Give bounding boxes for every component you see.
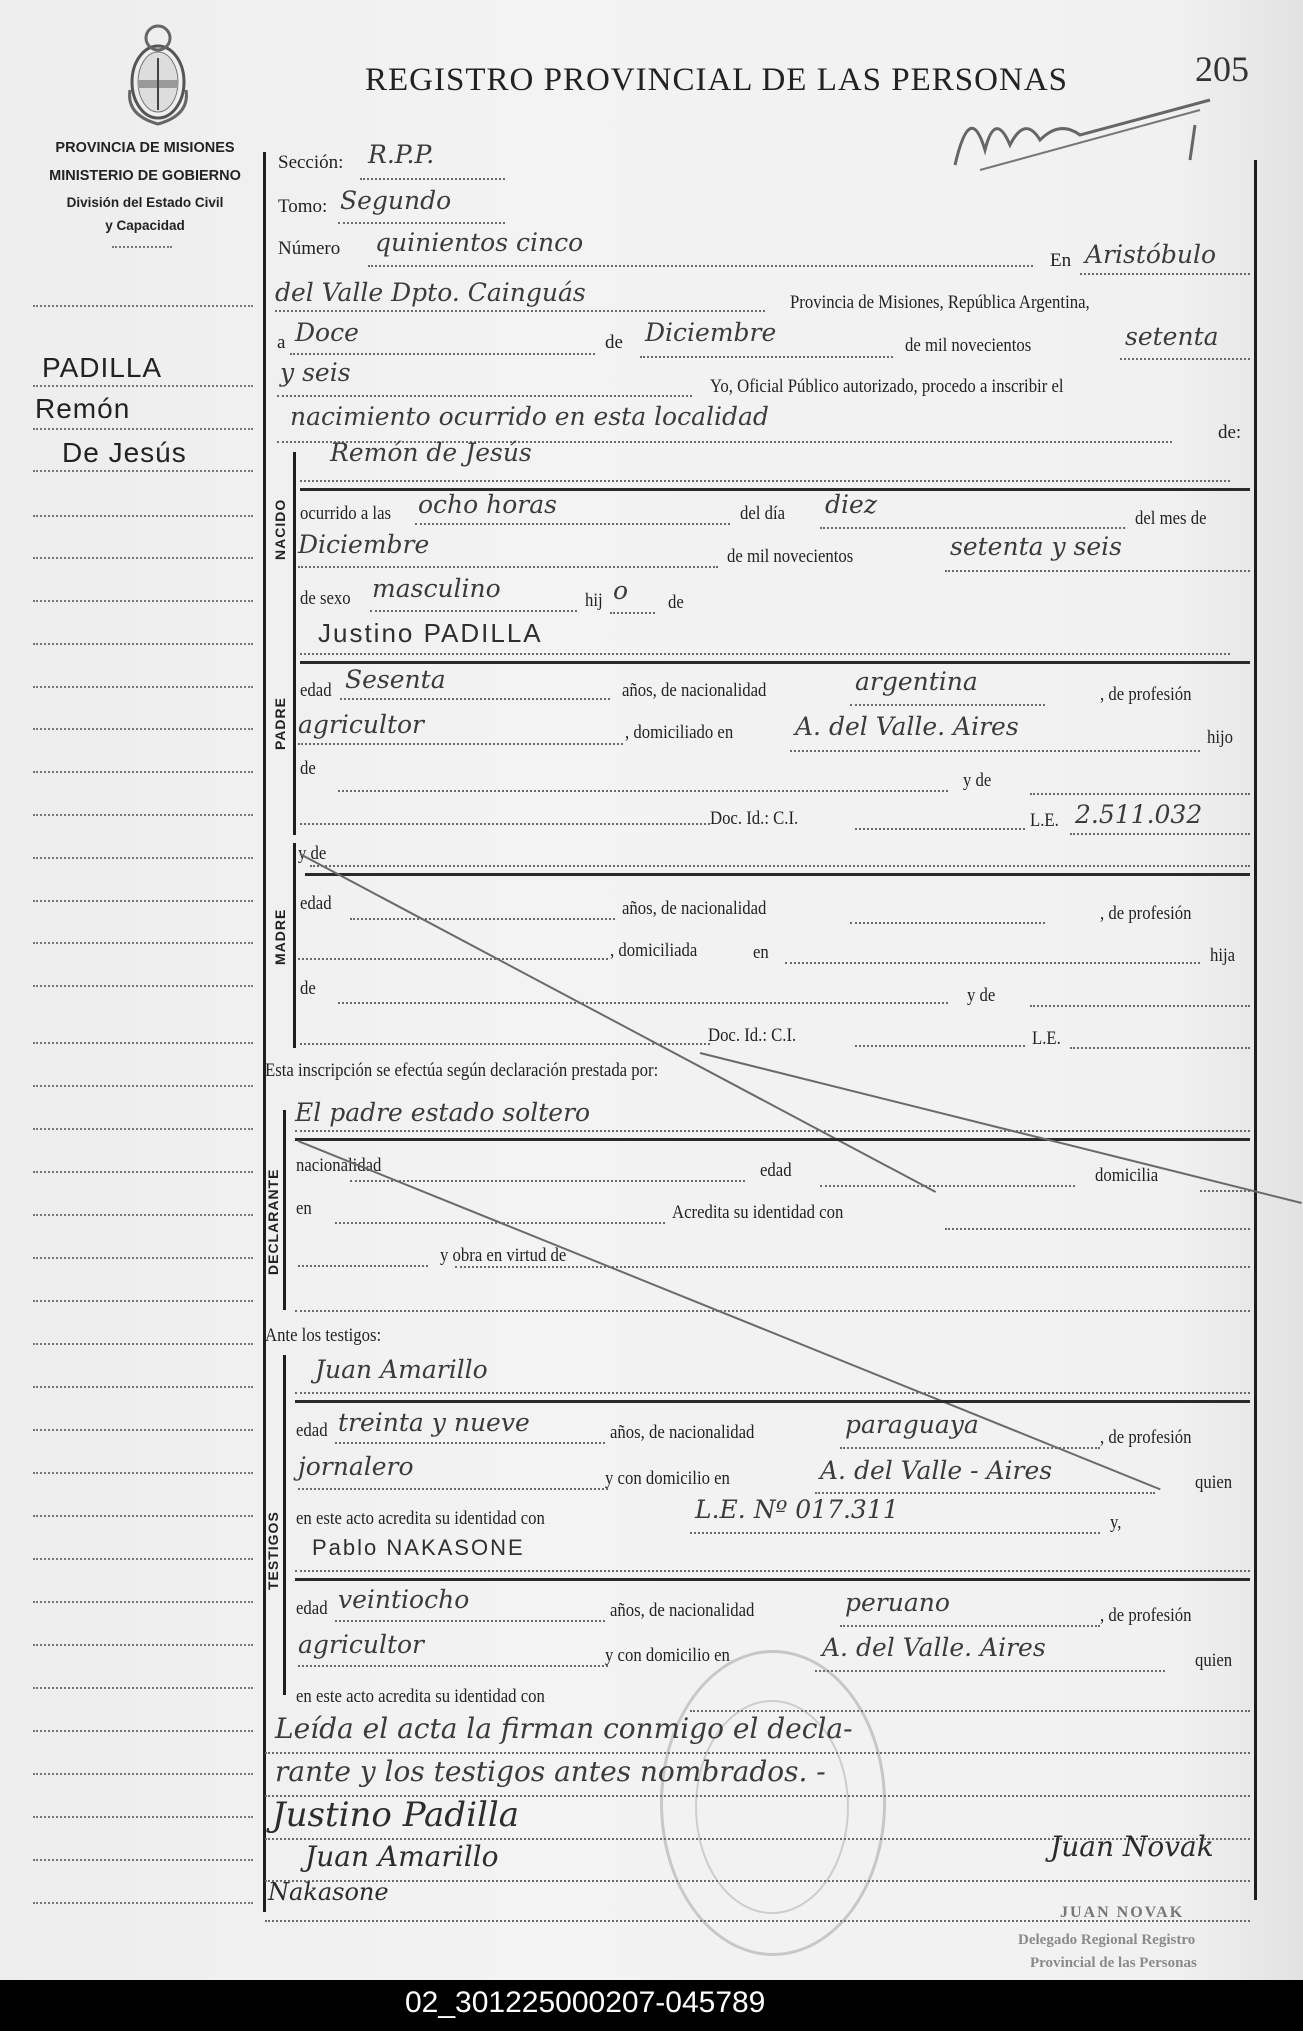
rule — [368, 265, 1033, 267]
closing-line-1: Leída el acta la firman conmigo el decla… — [275, 1712, 853, 1745]
birth-month-value: Diciembre — [298, 530, 429, 559]
madre-y-de-label-2: y de — [967, 985, 995, 1007]
margin-rule — [33, 900, 253, 902]
margin-rule — [33, 515, 253, 517]
padre-anos-label: años, de nacionalidad — [622, 680, 766, 702]
dia-label: del día — [740, 503, 785, 525]
place-value-2: del Valle Dpto. Cainguás — [275, 278, 586, 307]
page-number: 205 — [1195, 48, 1249, 90]
hour-value: ocho horas — [418, 490, 557, 519]
closing-line-2: rante y los testigos antes nombrados. - — [275, 1755, 826, 1788]
father-age-value: Sesenta — [345, 665, 446, 694]
madre-section-label: MADRE — [272, 909, 288, 965]
declarante-bracket — [283, 1110, 286, 1310]
rule — [850, 704, 1045, 706]
padre-hijo-label: hijo — [1207, 727, 1233, 749]
padre-le-label: L.E. — [1030, 810, 1059, 832]
w2-acredita-label: en este acto acredita su identidad con — [296, 1686, 545, 1708]
a-label: a — [277, 332, 285, 354]
testigos-bracket — [283, 1355, 286, 1695]
madre-le-label: L.E. — [1032, 1028, 1061, 1050]
margin-rule — [33, 1300, 253, 1302]
madre-edad-label: edad — [300, 893, 332, 915]
margin-rule — [33, 600, 253, 602]
rule — [1030, 1005, 1250, 1007]
margin-rule — [33, 643, 253, 645]
coat-of-arms-icon — [118, 20, 198, 130]
margin-rule — [33, 771, 253, 773]
rule — [298, 743, 623, 745]
margin-rule — [33, 1257, 253, 1259]
mil-label: de mil novecientos — [905, 335, 1031, 357]
divider-thick — [300, 661, 1250, 664]
w2-domicilio-label: y con domicilio en — [605, 1645, 730, 1667]
de-label: de — [605, 332, 623, 354]
seccion-value: R.P.P. — [368, 140, 434, 169]
padre-domicilio-label: , domiciliado en — [625, 722, 733, 744]
witness1-age-value: treinta y nueve — [338, 1408, 530, 1437]
rule — [277, 395, 692, 397]
witness1-id-value: L.E. Nº 017.311 — [695, 1495, 899, 1524]
rule — [945, 570, 1250, 572]
father-profession-value: agricultor — [298, 710, 424, 739]
declarante-intro: Esta inscripción se efectúa según declar… — [265, 1060, 658, 1082]
form-right-border — [1254, 160, 1257, 1900]
rule — [298, 566, 718, 568]
divider — [112, 246, 172, 248]
w1-profesion-label: , de profesión — [1100, 1427, 1191, 1449]
father-name-value: Justino PADILLA — [318, 618, 543, 649]
day-value: Doce — [295, 318, 359, 347]
margin-rule — [33, 1214, 253, 1216]
madre-de-label: de — [300, 978, 316, 1000]
rule — [1120, 358, 1250, 360]
seccion-label: Sección: — [278, 152, 343, 174]
margin-rule — [33, 728, 253, 730]
w1-acredita-label: en este acto acredita su identidad con — [296, 1508, 545, 1530]
margin-rule — [33, 428, 253, 430]
w2-edad-label: edad — [296, 1598, 328, 1620]
rule — [855, 828, 1025, 830]
margin-rule — [33, 1601, 253, 1603]
witness2-name-value: Pablo NAKASONE — [312, 1535, 525, 1561]
rule — [298, 1265, 428, 1267]
rule — [265, 1752, 1250, 1754]
rule — [370, 610, 577, 612]
witness1-nationality-value: paraguaya — [845, 1410, 979, 1439]
padre-edad-label: edad — [300, 680, 332, 702]
rule — [265, 1880, 1250, 1882]
margin-rule — [33, 1386, 253, 1388]
margin-rule — [33, 1171, 253, 1173]
rule — [815, 1670, 1165, 1672]
nacido-de-label: de — [668, 592, 684, 614]
madre-hija-label: hija — [1210, 945, 1235, 967]
en-label: En — [1050, 250, 1071, 272]
divider-thick — [305, 873, 1250, 876]
mes-label: del mes de — [1135, 508, 1207, 530]
w1-edad-label: edad — [296, 1420, 328, 1442]
org-ministry: MINISTERIO DE GOBIERNO — [30, 168, 260, 184]
rule — [338, 222, 505, 224]
officer-name: JUAN NOVAK — [1060, 1904, 1184, 1922]
rule — [300, 1043, 710, 1045]
witness1-name-value: Juan Amarillo — [315, 1355, 488, 1384]
initial-signature-icon — [950, 90, 1230, 180]
w2-quien-label: quien — [1195, 1650, 1232, 1672]
madre-anos-label: años, de nacionalidad — [622, 898, 766, 920]
rule — [300, 653, 1230, 655]
cancellation-line — [300, 853, 937, 1193]
w2-profesion-label: , de profesión — [1100, 1605, 1191, 1627]
rule — [338, 1002, 948, 1004]
org-division-2: y Capacidad — [30, 218, 260, 233]
rule — [298, 1488, 608, 1490]
padre-bracket — [293, 615, 296, 835]
margin-rule — [33, 1515, 253, 1517]
padre-section-label: PADRE — [272, 697, 288, 750]
rule — [840, 1625, 1100, 1627]
signature-witness-2: Nakasone — [268, 1878, 389, 1906]
w2-anos-label: años, de nacionalidad — [610, 1600, 754, 1622]
testigos-section-label: TESTIGOS — [265, 1511, 281, 1590]
officer-text: Yo, Oficial Público autorizado, procedo … — [710, 376, 1064, 398]
witness2-age-value: veintiocho — [338, 1585, 469, 1614]
signature-declarant: Justino Padilla — [272, 1795, 519, 1835]
hij-value: o — [613, 576, 628, 605]
sexo-label: de sexo — [300, 588, 351, 610]
rule — [945, 1228, 1250, 1230]
rule — [640, 356, 893, 358]
officer-title-1: Delegado Regional Registro — [1018, 1932, 1195, 1949]
rule — [610, 612, 655, 614]
rule — [275, 310, 765, 312]
margin-rule — [33, 686, 253, 688]
margin-rule — [33, 305, 253, 307]
hij-label: hij — [585, 590, 603, 612]
w1-y-label: y, — [1110, 1512, 1121, 1534]
declarante-section-label: DECLARANTE — [265, 1169, 281, 1275]
madre-doc-label: Doc. Id.: C.I. — [708, 1025, 796, 1047]
numero-label: Número — [278, 238, 340, 260]
rule — [455, 1266, 1250, 1268]
org-province: PROVINCIA DE MISIONES — [30, 140, 260, 156]
rule — [335, 1442, 605, 1444]
birth-year-value: setenta y seis — [950, 532, 1122, 561]
margin-surname: PADILLA — [42, 352, 162, 384]
rule — [300, 480, 1230, 482]
margin-rule — [33, 1343, 253, 1345]
rule — [295, 1310, 1250, 1312]
declarante-obra-label: y obra en virtud de — [440, 1245, 566, 1267]
document-id: 02_301225000207-045789 — [405, 1986, 765, 2020]
margin-rule — [33, 1644, 253, 1646]
rule — [1080, 273, 1250, 275]
w1-domicilio-label: y con domicilio en — [605, 1468, 730, 1490]
nacido-mil-label: de mil novecientos — [727, 546, 853, 568]
father-le-value: 2.511.032 — [1075, 800, 1202, 829]
witness1-address-value: A. del Valle - Aires — [820, 1456, 1052, 1485]
margin-rule — [33, 470, 253, 472]
declarante-edad-label: edad — [760, 1160, 792, 1182]
margin-rule — [33, 1558, 253, 1560]
rule — [290, 353, 595, 355]
father-address-value: A. del Valle. Aires — [795, 712, 1019, 741]
year-value-2: y seis — [280, 358, 351, 387]
rule — [350, 1180, 745, 1182]
witness2-nationality-value: peruano — [845, 1588, 950, 1617]
padre-profesion-label: , de profesión — [1100, 684, 1191, 706]
document-page: PROVINCIA DE MISIONES MINISTERIO DE GOBI… — [0, 0, 1303, 1980]
rule — [1030, 793, 1250, 795]
sex-value: masculino — [372, 574, 501, 603]
margin-rule — [33, 1085, 253, 1087]
testigos-intro: Ante los testigos: — [265, 1325, 381, 1347]
officer-title-2: Provincial de las Personas — [1030, 1955, 1197, 1972]
divider-thick — [295, 1578, 1250, 1581]
rule — [850, 922, 1045, 924]
margin-firstname: Remón — [35, 393, 130, 425]
province-text: Provincia de Misiones, República Argenti… — [790, 292, 1090, 314]
month-value: Diciembre — [645, 318, 776, 347]
margin-rule — [33, 857, 253, 859]
tomo-value: Segundo — [340, 186, 451, 215]
place-value-1: Aristóbulo — [1085, 240, 1216, 269]
w1-quien-label: quien — [1195, 1472, 1232, 1494]
declarante-en-label: en — [296, 1198, 312, 1220]
rule — [350, 918, 615, 920]
margin-rule — [33, 1730, 253, 1732]
rule — [690, 1532, 1100, 1534]
rule — [785, 962, 1200, 964]
de-colon-label: de: — [1218, 422, 1241, 444]
rule — [300, 823, 710, 825]
witness1-profession-value: jornalero — [298, 1452, 414, 1481]
tomo-label: Tomo: — [278, 196, 327, 218]
rule — [295, 1392, 1250, 1394]
declarante-domicilia-label: domicilia — [1095, 1165, 1158, 1187]
org-division: División del Estado Civil — [30, 195, 260, 210]
rule — [820, 1185, 1075, 1187]
rule — [1070, 833, 1250, 835]
madre-en-label: en — [753, 942, 769, 964]
rule — [295, 1570, 1250, 1572]
madre-bracket — [293, 843, 296, 1048]
rule — [338, 790, 948, 792]
margin-rule — [33, 1816, 253, 1818]
form-left-border — [263, 152, 266, 1912]
rule — [840, 1447, 1100, 1449]
rule — [360, 178, 505, 180]
margin-rule — [33, 1687, 253, 1689]
rule — [298, 958, 608, 960]
rule — [298, 1665, 608, 1667]
rule — [855, 1045, 1025, 1047]
witness2-address-value: A. del Valle. Aires — [822, 1633, 1046, 1662]
nacido-name-value: Remón de Jesús — [330, 438, 532, 467]
rule — [335, 1620, 605, 1622]
event-value: nacimiento ocurrido en esta localidad — [290, 402, 769, 431]
margin-rule — [33, 1128, 253, 1130]
madre-domicilio-label: , domiciliada — [610, 940, 697, 962]
father-nationality-value: argentina — [855, 667, 978, 696]
margin-rule — [33, 985, 253, 987]
madre-profesion-label: , de profesión — [1100, 903, 1191, 925]
w1-anos-label: años, de nacionalidad — [610, 1422, 754, 1444]
rule — [1200, 1190, 1250, 1192]
margin-middlename: De Jesús — [62, 437, 187, 469]
rule — [310, 865, 1250, 867]
padre-y-de-label: y de — [963, 770, 991, 792]
rule — [820, 527, 1125, 529]
margin-rule — [33, 385, 253, 387]
declarant-value: El padre estado soltero — [295, 1098, 590, 1127]
margin-rule — [33, 1429, 253, 1431]
rule — [1070, 1047, 1250, 1049]
rule — [790, 750, 1200, 752]
margin-rule — [33, 1773, 253, 1775]
margin-rule — [33, 1472, 253, 1474]
witness2-profession-value: agricultor — [298, 1630, 424, 1659]
margin-rule — [33, 1042, 253, 1044]
ocurrido-label: ocurrido a las — [300, 503, 391, 525]
margin-rule — [33, 1902, 253, 1904]
rule — [815, 1492, 1155, 1494]
rule — [295, 1130, 1250, 1132]
birth-day-value: diez — [825, 490, 877, 519]
margin-rule — [33, 1859, 253, 1861]
nacido-section-label: NACIDO — [272, 499, 288, 560]
numero-value: quinientos cinco — [375, 228, 583, 257]
rule — [415, 523, 730, 525]
padre-doc-label: Doc. Id.: C.I. — [710, 808, 798, 830]
padre-de-label: de — [300, 758, 316, 780]
year-value-1: setenta — [1125, 322, 1219, 351]
signature-witness-1: Juan Amarillo — [305, 1840, 498, 1873]
rule — [340, 698, 610, 700]
margin-rule — [33, 942, 253, 944]
margin-rule — [33, 814, 253, 816]
declarante-acredita-label: Acredita su identidad con — [672, 1202, 843, 1224]
divider-thick — [295, 1400, 1250, 1403]
divider-thick — [295, 1138, 1250, 1141]
signature-officer: Juan Novak — [1050, 1830, 1214, 1863]
margin-rule — [33, 557, 253, 559]
